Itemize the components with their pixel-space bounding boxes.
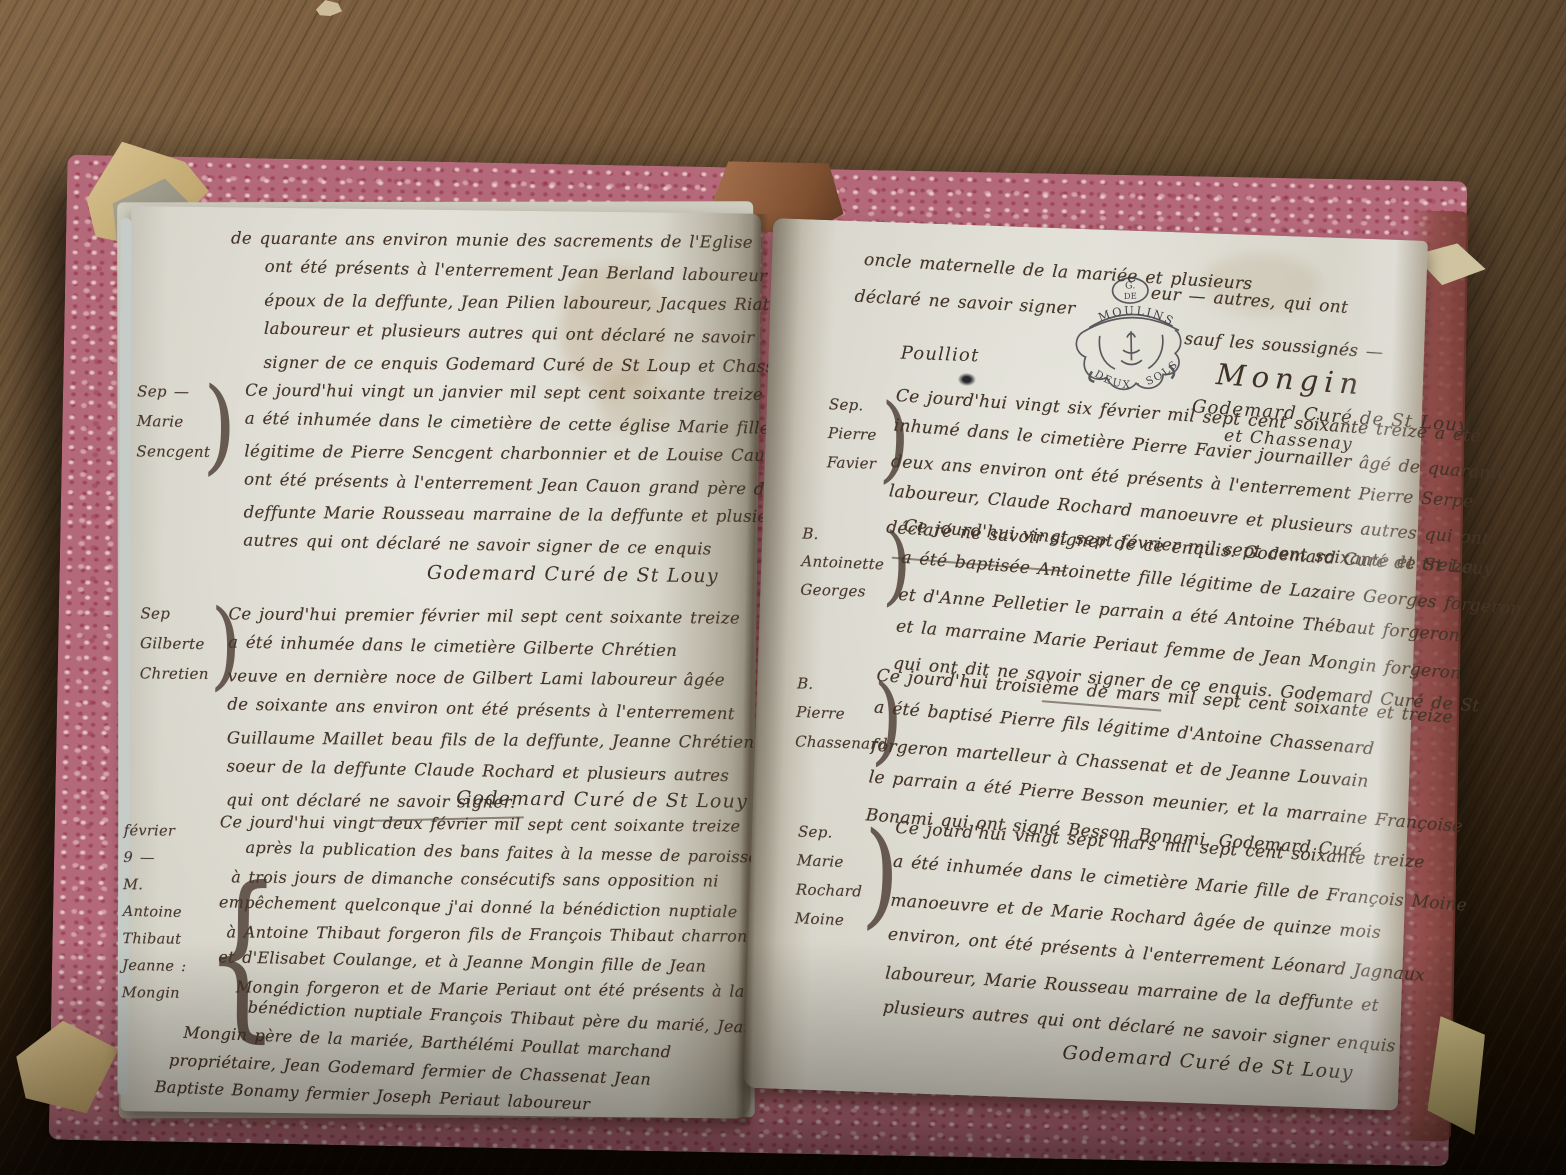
text-line: Antoinette [801, 547, 885, 578]
cure-signature: Godemard Curé de St Louy [427, 562, 719, 588]
text-line: 9 — [123, 845, 188, 873]
left-page: de quarante ans environ munie des sacrem… [120, 206, 761, 1119]
margin-note-burial-marie: Sep —MarieSencgent [136, 376, 211, 467]
text-line: Antoine [123, 899, 188, 927]
cure-signature: Godemard Curé de St Louy [456, 787, 748, 813]
burial-entry-marie-moine: Ce jourd'hui vingt sept mars mil sept ce… [882, 809, 1471, 1068]
text-line: Chretien [140, 658, 209, 689]
burial-entry-marie-sencgent: Ce jourd'hui vingt un janvier mil sept c… [243, 375, 799, 565]
photograph-of-parish-register: de quarante ans environ munie des sacrem… [0, 0, 1566, 1175]
continuation-line: sauf les soussignés — [1184, 329, 1384, 363]
text-line: M. [123, 872, 187, 900]
stamp-de: DE [1124, 291, 1137, 301]
continuation-line: déclaré ne savoir signer [854, 287, 1076, 319]
margin-note-burial-pierre-favier: Sep.PierreFavier [826, 390, 878, 479]
open-register-book: de quarante ans environ munie des sacrem… [49, 155, 1468, 1167]
text-line: Sep. [798, 817, 865, 848]
stamp-text: G. DE MOULINS DEUX · SOLS [1091, 280, 1182, 392]
right-page: oncle maternelle de la mariée et plusieu… [743, 218, 1428, 1110]
stamp-town: MOULINS [1096, 303, 1178, 330]
text-line: Marie [796, 846, 863, 878]
text-line: Sep. [828, 390, 878, 421]
margin-brace: ) [202, 374, 237, 478]
margin-note-baptism-antoinette: B.AntoinetteGeorges [800, 519, 886, 606]
text-line: février [124, 818, 188, 846]
text-line: Pierre [827, 419, 878, 450]
text-line: Marie [137, 406, 211, 437]
text-line: Mongin [122, 980, 186, 1008]
entry-continuation: de quarante ans environ munie des sacrem… [229, 221, 841, 383]
text-line: Rochard [795, 875, 862, 906]
text-line: Moine [794, 904, 861, 936]
text-line: Georges [800, 575, 884, 606]
signature-mongin: Mongin [1215, 357, 1365, 401]
marriage-entry-thibaut-mongin: Ce jourd'hui vingt deux février mil sept… [216, 807, 758, 1116]
text-line: Sep [140, 598, 209, 629]
margin-note-burial-gilberte: SepGilberteChretien [140, 598, 210, 689]
text-line: Sencgent [136, 436, 210, 467]
text-line: Sep — [137, 376, 211, 407]
text-line: Jeanne : [122, 953, 187, 981]
text-line: Thibaut [122, 926, 186, 954]
text-line: Gilberte [140, 628, 210, 659]
margin-note-marriage-thibaut-mongin: février9 —M.AntoineThibautJeanne :Mongin [122, 818, 189, 1008]
text-line: B. [802, 519, 886, 550]
witness-signature-poulliot: Poulliot [900, 343, 979, 367]
text-line: Favier [826, 448, 876, 479]
margin-note-burial-marie-moine: Sep.MarieRochardMoine [794, 817, 864, 935]
